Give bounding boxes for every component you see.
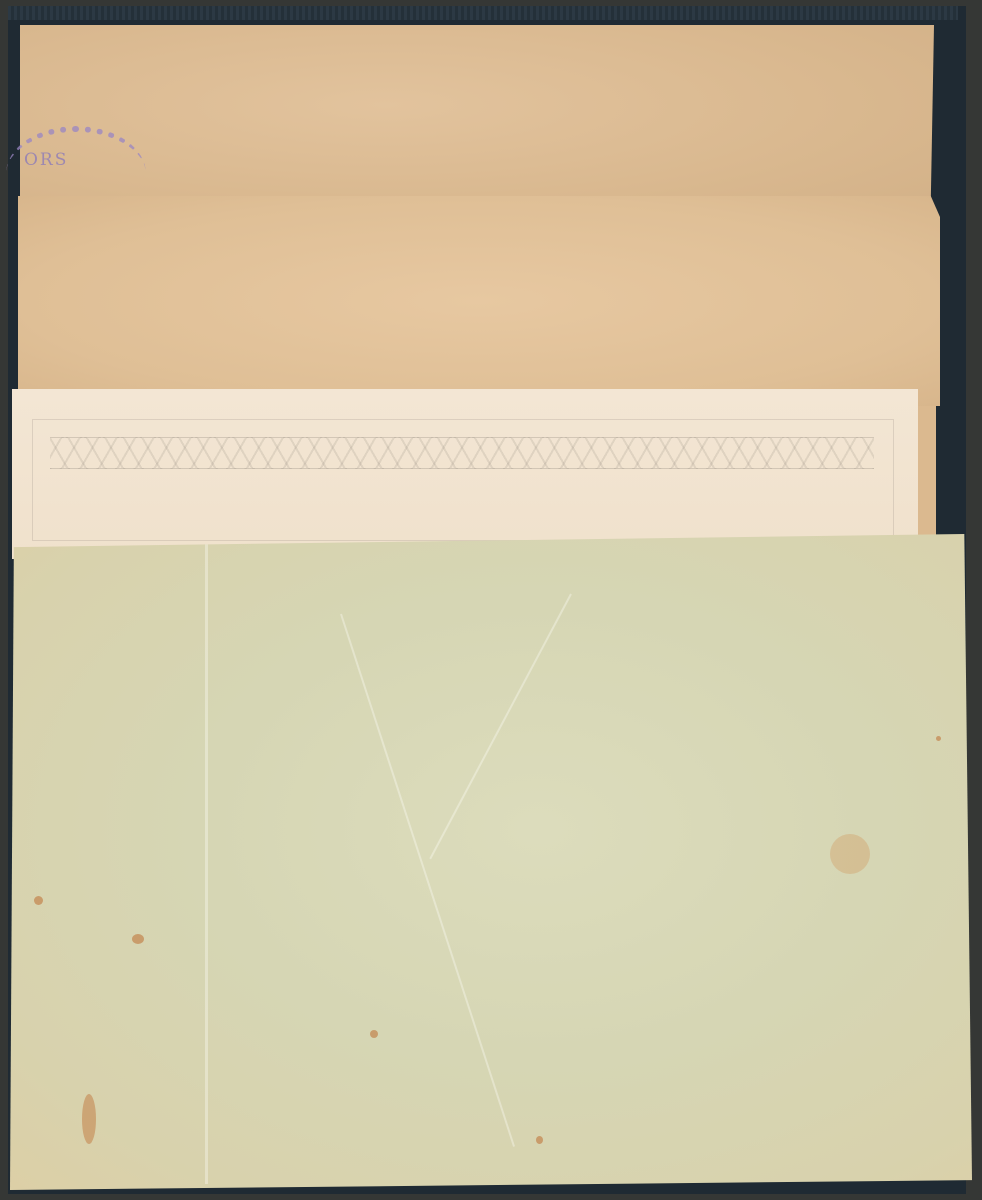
note-third [12, 389, 918, 559]
stain [830, 834, 870, 874]
note-top [20, 25, 934, 225]
stain [132, 934, 144, 944]
stamp-text: ORS [24, 150, 68, 170]
fold-line [205, 544, 208, 1184]
note-bottom [10, 534, 972, 1190]
stain [34, 896, 43, 905]
note-second [18, 196, 940, 406]
crease-line [429, 594, 572, 860]
stain [370, 1030, 378, 1038]
album-strip [8, 6, 958, 20]
stain [536, 1136, 543, 1144]
stain [936, 736, 941, 741]
stain [82, 1094, 96, 1144]
ornamental-frieze [50, 437, 874, 469]
crease-line [340, 614, 515, 1147]
